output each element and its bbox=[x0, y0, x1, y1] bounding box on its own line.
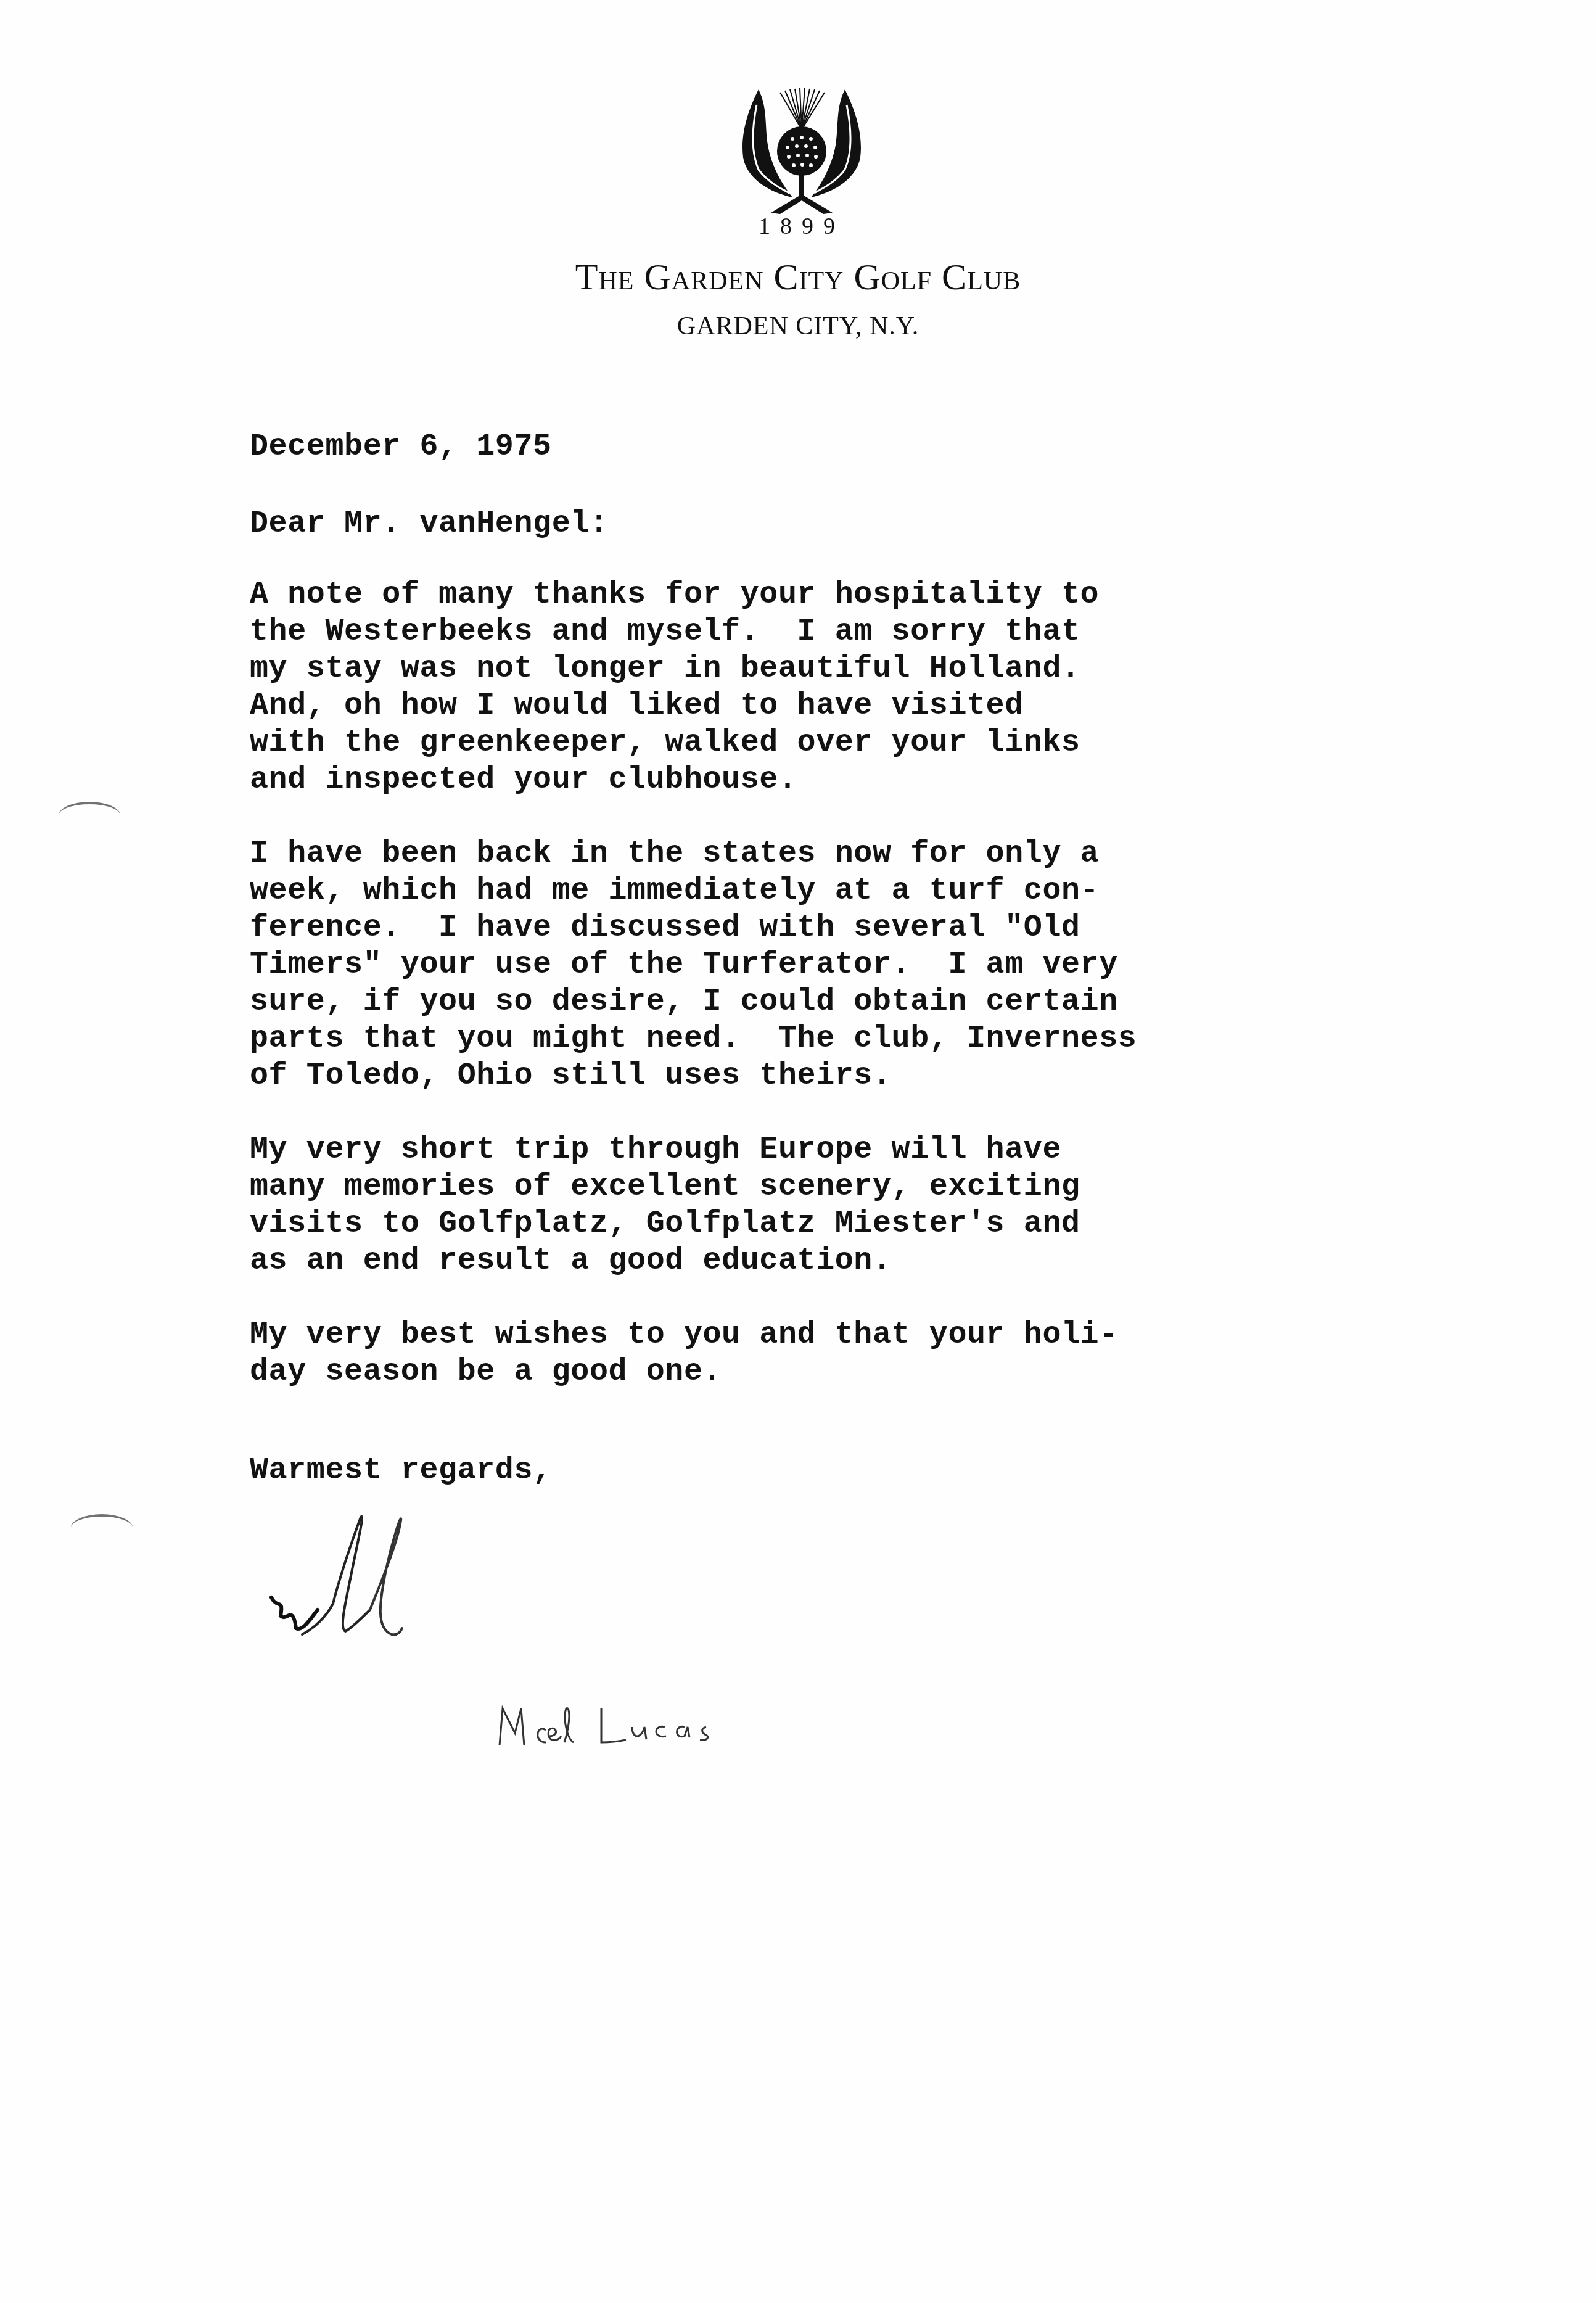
paragraph: My very best wishes to you and that your… bbox=[250, 1317, 1118, 1391]
handwritten-signature bbox=[259, 1505, 444, 1665]
club-location: GARDEN CITY, N.Y. bbox=[0, 311, 1596, 341]
paragraph: My very short trip through Europe will h… bbox=[250, 1132, 1080, 1280]
salutation: Dear Mr. vanHengel: bbox=[250, 506, 609, 543]
punch-hole-mark bbox=[71, 1514, 133, 1541]
thistle-crest-icon bbox=[737, 83, 866, 216]
paragraph: I have been back in the states now for o… bbox=[250, 836, 1137, 1095]
letter-page: 1899 The Garden City Golf Club GARDEN CI… bbox=[0, 0, 1596, 2303]
closing: Warmest regards, bbox=[250, 1452, 552, 1489]
club-name: The Garden City Golf Club bbox=[0, 256, 1596, 299]
founded-year: 1899 bbox=[737, 213, 866, 240]
letter-date: December 6, 1975 bbox=[250, 429, 552, 466]
punch-hole-mark bbox=[59, 802, 120, 829]
paragraph: A note of many thanks for your hospitali… bbox=[250, 577, 1099, 799]
handwritten-name bbox=[493, 1699, 740, 1755]
